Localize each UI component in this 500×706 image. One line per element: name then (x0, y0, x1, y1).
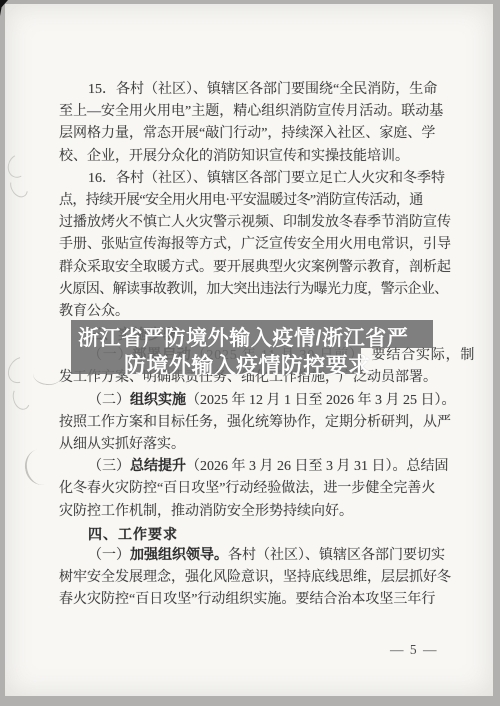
document-line: 群众采取安全取暖方式。要开展典型火灾案例警示教育，剖析起 (59, 257, 455, 279)
scan-curve-artifact (22, 446, 61, 488)
document-line: （三）总结提升（2026 年 3 月 26 日至 3 月 31 日）。总结固 (59, 456, 455, 478)
text-segment: 从细从实抓好落实。 (59, 437, 185, 452)
text-segment: （2025 年 12 月 1 日至 2026 年 3 月 25 日）。 (186, 393, 456, 408)
document-line: 16．各村（社区）、镇辖区各部门要立足亡人火灾和冬季特 (59, 168, 455, 190)
document-line: 校、企业，开展分众化的消防知识宣传和实操技能培训。 (59, 146, 455, 168)
text-segment: 灾防控工作机制，推动消防安全形势持续向好。 (59, 504, 353, 519)
document-line: 春火灾防控“百日攻坚”行动组织实施。要结合治本攻坚三年行 (59, 589, 455, 611)
document-line: 树牢安全发展理念，强化风险意识，坚持底线思维，层层抓好冬 (59, 567, 455, 589)
text-segment: 群众采取安全取暖方式。要开展典型火灾案例警示教育，剖析起 (59, 260, 451, 275)
document-line: 按照工作方案和目标任务，强化统筹协作，定期分析研判，从严 (59, 412, 455, 434)
text-segment: 手册、张贴宣传海报等方式，广泛宣传安全用火用电常识，引导 (59, 237, 451, 252)
document-line: 层网格力量，常态开展“敲门行动”，持续深入社区、家庭、学 (59, 123, 455, 145)
text-segment: 树牢安全发展理念，强化风险意识，坚持底线思维，层层抓好冬 (59, 570, 451, 585)
text-segment: 按照工作方案和目标任务，强化统筹协作，定期分析研判，从严 (59, 415, 451, 430)
scanned-document: 15．各村（社区）、镇辖区各部门要围绕“全民消防，生命至上—安全用火用电”主题，… (0, 0, 500, 706)
document-line: 四、工作要求 (59, 523, 455, 545)
document-line: 从细从实抓好落实。 (59, 434, 455, 456)
pencil-scribble-artifact (10, 384, 33, 412)
text-segment: 16．各村（社区）、镇辖区各部门要立足亡人火灾和冬季特 (88, 171, 445, 186)
document-line: 过播放烤火不慎亡人火灾警示视频、印制发放冬春季节消防宣传 (59, 212, 455, 234)
document-line: 灾防控工作机制，推动消防安全形势持续向好。 (59, 501, 455, 523)
text-segment: 春火灾防控“百日攻坚”行动组织实施。要结合治本攻坚三年行 (59, 592, 435, 607)
document-line: 手册、张贴宣传海报等方式，广泛宣传安全用火用电常识，引导 (59, 234, 455, 256)
document-line: 化冬春火灾防控“百日攻坚”行动经验做法，进一步健全完善火 (59, 478, 455, 500)
text-segment: 校、企业，开展分众化的消防知识宣传和实操技能培训。 (59, 149, 409, 164)
text-segment: 点，持续开展“安全用火用电·平安温暖过冬”消防宣传活动，通 (59, 193, 423, 208)
text-segment: 组织实施 (130, 393, 186, 408)
text-segment: 化冬春火灾防控“百日攻坚”行动经验做法，进一步健全完善火 (59, 481, 435, 496)
page-number: — 5 — (379, 642, 449, 658)
text-segment: （三） (88, 459, 130, 474)
pencil-scribble-artifact (3, 352, 37, 388)
text-segment: 过播放烤火不慎亡人火灾警示视频、印制发放冬春季节消防宣传 (59, 215, 451, 230)
text-segment: 总结提升 (130, 459, 186, 474)
text-segment: （二） (88, 393, 130, 408)
scan-curve-artifact (32, 364, 62, 387)
document-line: （一）加强组织领导。各村（社区）、镇辖区各部门要切实 (59, 545, 455, 567)
document-line: 15．各村（社区）、镇辖区各部门要围绕“全民消防，生命 (59, 79, 455, 101)
text-segment: （一） (88, 548, 130, 563)
pencil-scribble-artifact (7, 173, 32, 200)
document-line: 点，持续开展“安全用火用电·平安温暖过冬”消防宣传活动，通 (59, 190, 455, 212)
document-line: 至上—安全用火用电”主题，精心组织消防宣传月活动。联动基 (59, 101, 455, 123)
text-segment: 四、工作要求 (88, 526, 178, 542)
text-segment: 火原因、解读事故教训，加大突出违法行为曝光力度，警示企业、 (59, 282, 448, 297)
text-segment: 层网格力量，常态开展“敲门行动”，持续深入社区、家庭、学 (59, 126, 435, 141)
document-line: （二）组织实施（2025 年 12 月 1 日至 2026 年 3 月 25 日… (59, 390, 455, 412)
text-segment: （2026 年 3 月 26 日至 3 月 31 日）。总结固 (186, 459, 449, 474)
text-segment: 教育公众。 (59, 304, 129, 319)
text-segment: 15．各村（社区）、镇辖区各部门要围绕“全民消防，生命 (88, 82, 437, 97)
overlay-title-line2: 防境外输入疫情防控要求 (124, 349, 370, 380)
text-segment: 至上—安全用火用电”主题，精心组织消防宣传月活动。联动基 (59, 104, 443, 119)
overlay-title-line1: 浙江省严防境外输入疫情/浙江省严 (78, 322, 408, 352)
text-segment: 加强组织领导。 (130, 548, 228, 563)
document-line: 火原因、解读事故教训，加大突出违法行为曝光力度，警示企业、 (59, 279, 455, 301)
text-segment: 各村（社区）、镇辖区各部门要切实 (228, 548, 445, 563)
